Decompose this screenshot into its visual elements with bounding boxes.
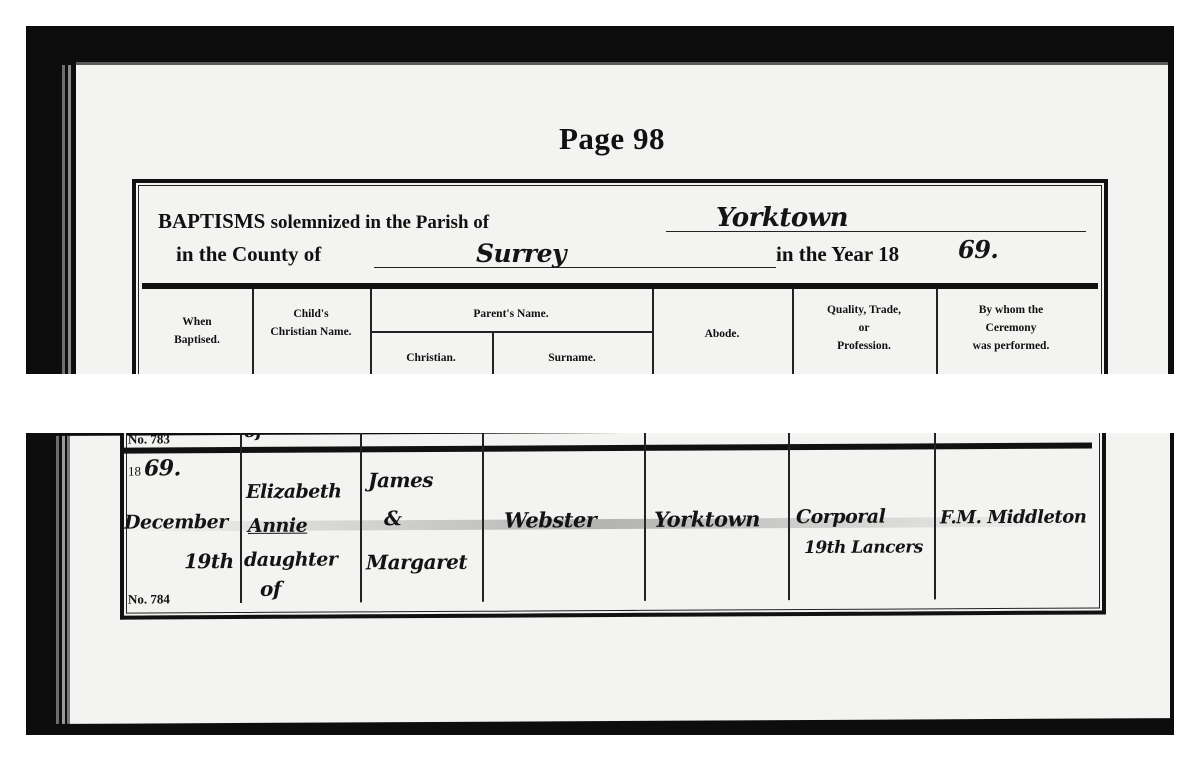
header-text: Baptised. <box>142 331 252 349</box>
heading-county-label: in the County of <box>176 242 321 266</box>
year-value: 69. <box>958 235 998 264</box>
column-divider <box>482 433 484 602</box>
previous-entry-number: No. 783 <box>128 433 170 448</box>
header-text: was performed. <box>936 337 1086 355</box>
header-text: Child's <box>252 305 370 323</box>
entry-number: No. 784 <box>128 591 170 607</box>
child-name-line-4: of <box>260 577 281 601</box>
page-edge <box>62 65 65 374</box>
header-text: Christian Name. <box>252 323 370 341</box>
header-text: Quality, Trade, <box>792 301 936 319</box>
parent-christian-line-1: James <box>368 468 433 492</box>
parent-christian-line-2: & <box>384 506 402 530</box>
parent-surname: Webster <box>504 507 596 532</box>
page-edge <box>62 436 65 724</box>
entry-month: December <box>124 511 228 534</box>
officiant: F.M. Middleton <box>940 507 1086 529</box>
column-divider <box>934 433 936 599</box>
profession-line-2: 19th Lancers <box>804 537 923 558</box>
page-edge <box>56 436 59 724</box>
child-name-line-3: daughter <box>244 548 337 570</box>
column-header-abode: Abode. <box>652 325 792 343</box>
column-header-child: Child's Christian Name. <box>252 305 370 341</box>
header-text: Profession. <box>792 337 936 355</box>
profession-line-1: Corporal <box>796 506 885 528</box>
column-divider <box>788 433 790 600</box>
column-header-when: When Baptised. <box>142 313 252 349</box>
entry-day: 19th <box>184 549 234 573</box>
register-scan-top: Page 98 BAPTISMS solemnized in the Paris… <box>26 26 1174 374</box>
heading-year: in the Year 18 <box>776 242 899 267</box>
column-header-parent-surname: Surname. <box>492 349 652 367</box>
heading-line-1: BAPTISMS solemnized in the Parish of <box>158 209 489 234</box>
header-text: By whom the <box>936 301 1086 319</box>
register-page: Page 98 BAPTISMS solemnized in the Paris… <box>76 62 1168 374</box>
column-divider <box>644 433 646 601</box>
column-header-parent-christian: Christian. <box>370 349 492 367</box>
parent-subheader-rule <box>370 331 652 333</box>
county-value: Surrey <box>476 239 566 268</box>
entry-year-printed: 18 <box>128 464 141 480</box>
register-frame: BAPTISMS solemnized in the Parish of Yor… <box>132 179 1108 374</box>
header-text: or <box>792 319 936 337</box>
column-header-quality: Quality, Trade, or Profession. <box>792 301 936 355</box>
column-divider <box>360 433 362 602</box>
previous-entry-fragment: of <box>244 433 263 442</box>
column-divider <box>240 433 242 603</box>
register-page: No. 783 of 18 69. December 19th Elizabet… <box>70 433 1170 724</box>
register-scan-bottom: No. 783 of 18 69. December 19th Elizabet… <box>26 433 1174 735</box>
header-text: Ceremony <box>936 319 1086 337</box>
heading-baptisms: BAPTISMS <box>158 209 265 233</box>
parent-christian-line-3: Margaret <box>366 550 467 575</box>
heading-year-label: in the Year 18 <box>776 242 899 266</box>
county-fill-line <box>374 267 776 268</box>
page-edge <box>68 65 71 374</box>
abode: Yorktown <box>654 506 760 532</box>
register-frame: No. 783 of 18 69. December 19th Elizabet… <box>120 433 1106 620</box>
header-rule-top <box>142 283 1098 289</box>
entry-year-hand: 69. <box>144 455 181 481</box>
heading-solemnized: solemnized in the Parish of <box>271 212 490 233</box>
heading-line-2: in the County of <box>176 242 321 267</box>
child-name-line-2: Annie <box>248 515 307 537</box>
child-name-line-1: Elizabeth <box>246 480 341 502</box>
column-header-parents: Parent's Name. <box>370 305 652 323</box>
entry-separator <box>124 443 1092 454</box>
page-edge <box>67 436 70 724</box>
page-number: Page 98 <box>559 121 665 157</box>
header-text: When <box>142 313 252 331</box>
column-header-bywhom: By whom the Ceremony was performed. <box>936 301 1086 355</box>
parish-value: Yorktown <box>716 203 848 233</box>
